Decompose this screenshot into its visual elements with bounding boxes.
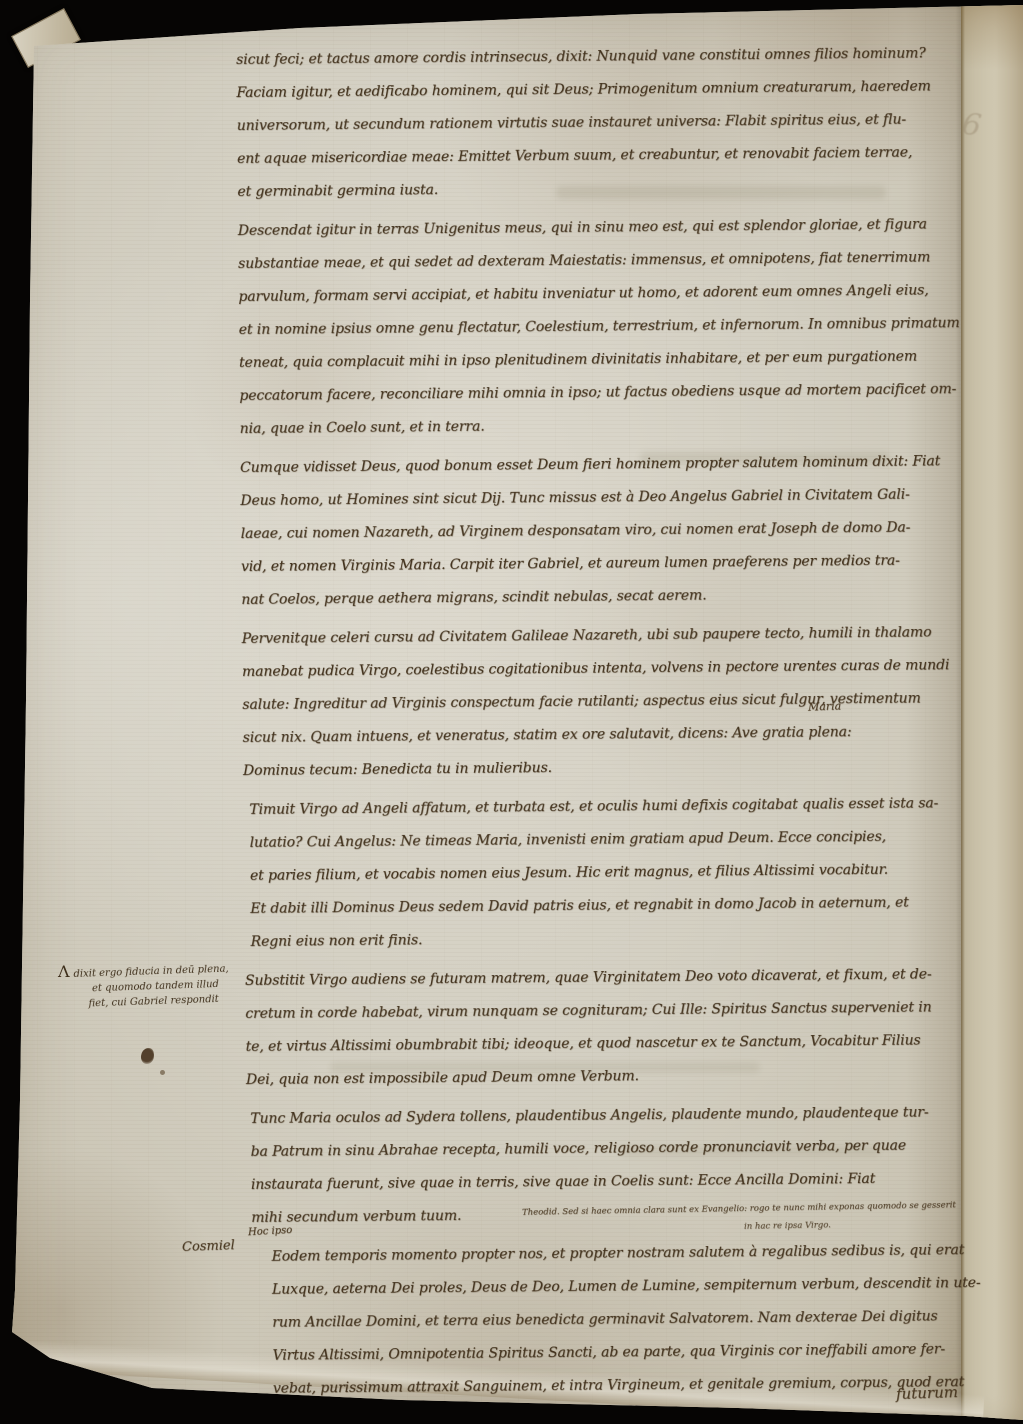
left-margin-note: dixit ergo fiducia in deū plena, et quom… [73, 961, 244, 1012]
manuscript-paragraph-2: Descendat igitur in terras Unigenitus me… [238, 208, 982, 446]
manuscript-page: sicut feci; et tactus amore cordis intri… [0, 0, 1023, 1424]
manuscript-paragraph-8: Eodem temporis momento propter nos, et p… [271, 1234, 991, 1406]
manuscript-paragraph-4: Pervenitque celeri cursu ad Civitatem Ga… [242, 616, 986, 788]
manuscript-text-line: Regni eius non erit finis. [250, 919, 986, 959]
manuscript-paragraph-1: sicut feci; et tactus amore cordis intri… [236, 37, 980, 209]
manuscript-text-line: nat Coelos, perque aethera migrans, scin… [241, 577, 983, 617]
manuscript-text-line: Dei, quia non est impossibile apud Deum … [246, 1057, 988, 1097]
margin-caret-mark: Λ [58, 962, 70, 981]
interlinear-insertion-hoc-ipso: Hoc ipso [248, 1225, 293, 1238]
inline-note-theodidactus-line2: in hac re ipsa Virgo. [744, 1220, 831, 1232]
interlinear-insertion-maria: Maria [808, 699, 842, 713]
manuscript-paragraph-6: Substitit Virgo audiens se futuram matre… [245, 958, 988, 1097]
manuscript-text-line: Dominus tecum: Benedicta tu in mulieribu… [243, 748, 985, 788]
ink-speck [160, 1070, 165, 1075]
manuscript-paragraph-3: Cumque vidisset Deus, quod bonum esset D… [240, 445, 984, 617]
manuscript-text-line: nia, quae in Coelo sunt, et in terra. [240, 406, 982, 446]
manuscript-text-line: et germinabit germina iusta. [237, 169, 979, 209]
manuscript-text-line: vebat, purissimum attraxit Sanguinem, et… [273, 1366, 991, 1406]
manuscript-paragraph-5: Timuit Virgo ad Angeli affatum, et turba… [249, 787, 987, 959]
margin-speaker-label-cosmiel: Cosmiel [182, 1238, 235, 1255]
scan-background: sicut feci; et tactus amore cordis intri… [0, 0, 1023, 1424]
catchword: futurum [896, 1383, 959, 1403]
